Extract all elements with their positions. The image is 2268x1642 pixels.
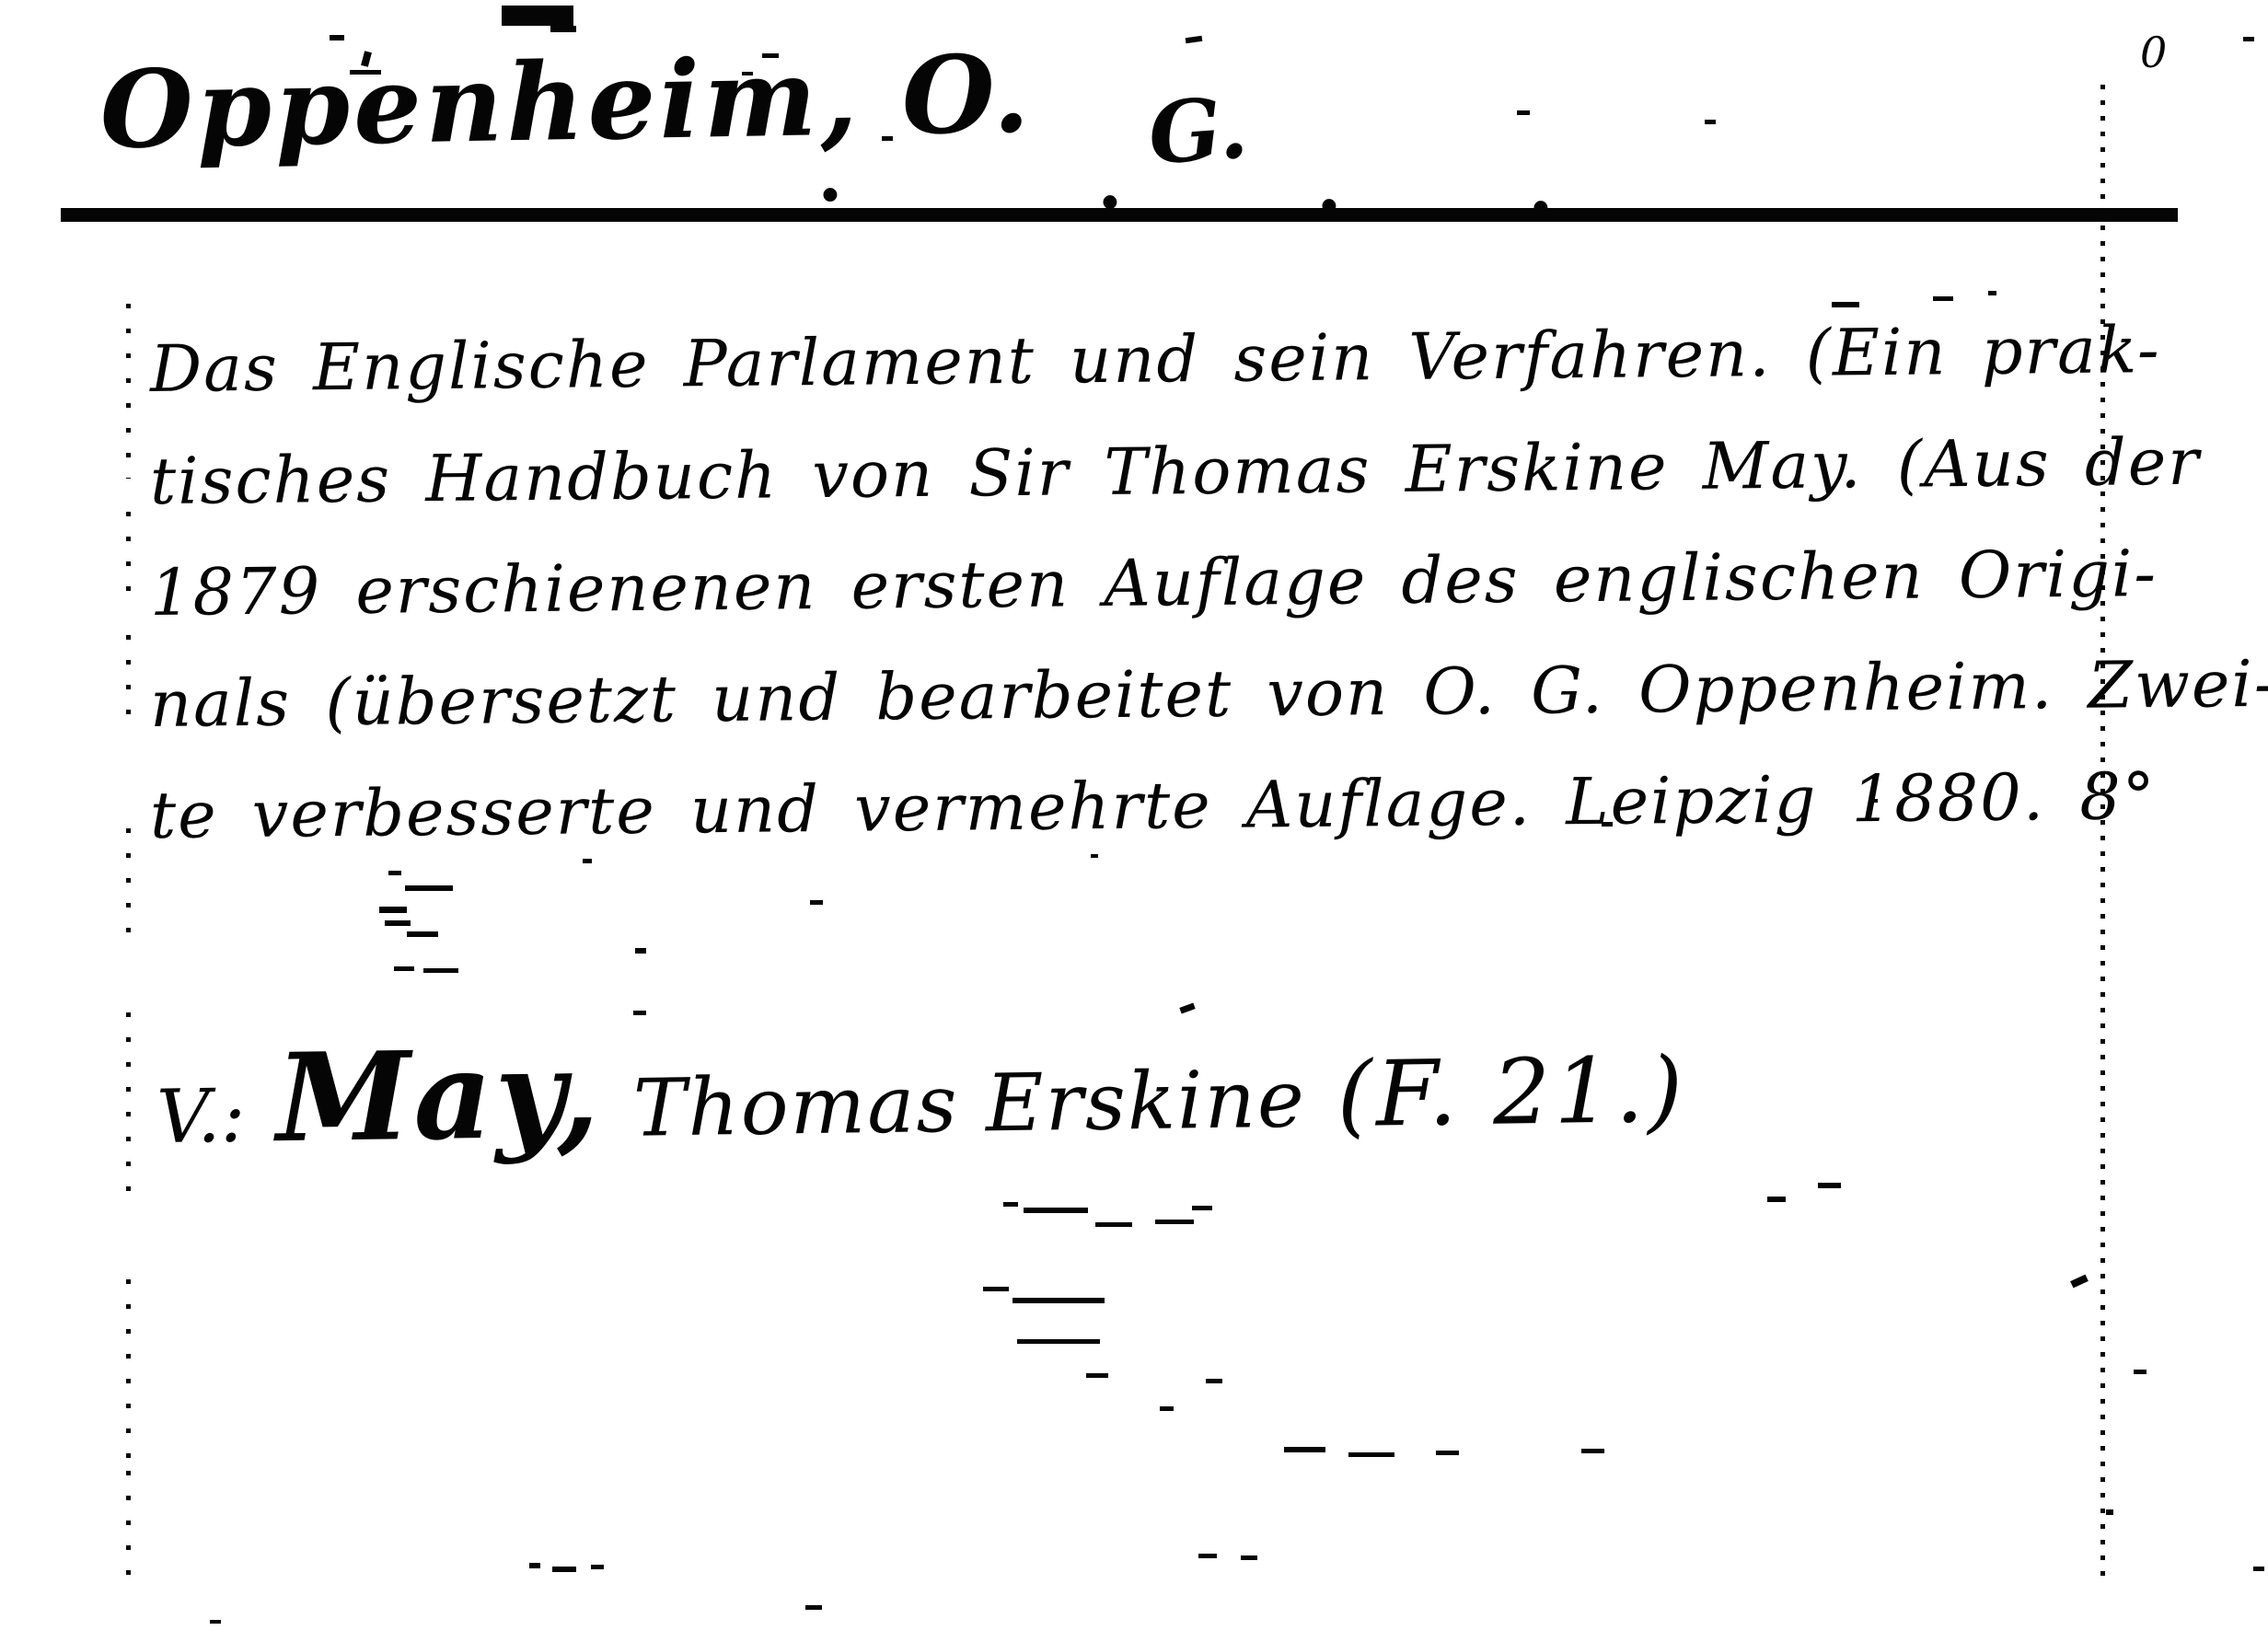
scan-noise-mark <box>1517 110 1530 115</box>
corner-mark: 0 <box>2140 28 2167 77</box>
scan-noise-mark <box>633 1011 646 1015</box>
entry-line: 1879 erschienenen ersten Auflage des eng… <box>150 536 2158 630</box>
scan-noise-mark <box>1160 1406 1174 1411</box>
scan-noise-mark <box>330 35 344 40</box>
reference-given-names: Thomas Erskine <box>632 1054 1306 1155</box>
heading-surname: Oppenheim, O. <box>99 31 1035 173</box>
scan-noise-mark <box>1086 1373 1108 1378</box>
left-dotted-edge <box>126 635 131 734</box>
scan-noise-mark <box>2253 1567 2264 1571</box>
scan-noise-mark <box>805 1605 822 1610</box>
scan-noise-mark <box>407 931 438 937</box>
scan-noise-mark <box>394 966 414 971</box>
scan-noise-mark <box>591 1565 604 1569</box>
scan-noise-mark <box>1284 1447 1325 1452</box>
reference-prefix: V.: <box>156 1073 246 1160</box>
scan-noise-mark <box>1192 1206 1212 1210</box>
cross-reference: V.: May, Thomas Erskine (F. 21.) <box>156 1008 1687 1172</box>
entry-line: te verbesserte und vermehrte Auflage. Le… <box>150 758 2158 853</box>
scan-noise-mark <box>1241 1555 1257 1560</box>
scan-noise-mark <box>1091 854 1098 858</box>
left-dotted-edge <box>126 512 131 596</box>
reference-shelfmark: (F. 21.) <box>1336 1038 1687 1148</box>
scan-noise-mark <box>1206 1379 1222 1383</box>
scan-noise-mark <box>1003 1202 1018 1207</box>
scan-noise-mark <box>1988 291 1996 295</box>
header-rule <box>61 208 2178 222</box>
scan-noise-mark <box>1012 1298 1105 1303</box>
entry-line: nals (übersetzt und bearbeitet von O. G.… <box>150 646 2268 742</box>
scan-noise-mark <box>2243 37 2254 41</box>
entry-line: Das Englische Parlament und sein Verfahr… <box>150 312 2161 407</box>
scan-noise-mark <box>1767 1197 1786 1202</box>
left-dotted-edge <box>126 828 131 937</box>
scan-noise-mark <box>1933 296 1953 301</box>
scan-noise-mark <box>388 871 401 875</box>
scan-noise-mark <box>1832 302 1859 307</box>
scan-noise-mark <box>1017 1339 1100 1344</box>
scan-noise-mark <box>983 1287 1009 1291</box>
entry-line: tisches Handbuch von Sir Thomas Erskine … <box>150 424 2201 519</box>
scan-noise-mark <box>810 900 823 905</box>
scan-noise-mark <box>2070 1275 2089 1289</box>
reference-surname: May, <box>275 1023 603 1170</box>
scan-noise-mark <box>405 885 453 891</box>
left-dotted-edge <box>126 304 131 479</box>
scan-noise-mark <box>1179 1002 1195 1013</box>
scan-noise-mark <box>529 1563 540 1568</box>
scan-noise-mark <box>550 26 576 32</box>
scan-noise-mark <box>1155 1220 1194 1224</box>
left-dotted-edge <box>126 1012 131 1201</box>
scan-noise-mark <box>1095 1222 1132 1227</box>
scan-noise-mark <box>1818 1183 1841 1188</box>
scan-noise-mark <box>583 859 592 863</box>
scan-noise-mark <box>552 1567 576 1572</box>
left-dotted-edge <box>126 1279 131 1463</box>
heading-section-letter: G. <box>1145 77 1251 183</box>
scan-noise-mark <box>1198 1554 1217 1558</box>
scan-noise-mark <box>1024 1208 1088 1213</box>
scan-noise-mark <box>2106 1509 2113 1515</box>
scan-noise-mark <box>2134 1370 2146 1374</box>
scan-noise-mark <box>423 968 458 973</box>
catalog-card-scan: Oppenheim, O. . . G. . . 0 Das Englische… <box>0 0 2268 1642</box>
scan-noise-mark <box>1186 36 1203 43</box>
scan-noise-mark <box>502 6 573 26</box>
scan-noise-mark <box>379 907 407 913</box>
scan-noise-mark <box>1705 120 1716 124</box>
scan-noise-mark <box>210 1620 221 1624</box>
scan-noise-mark <box>1436 1451 1459 1455</box>
scan-noise-mark <box>385 920 411 926</box>
scan-noise-mark <box>1581 1449 1604 1453</box>
scan-noise-mark <box>1348 1452 1394 1457</box>
header-guide-dot: . <box>817 138 843 212</box>
left-dotted-edge <box>126 1471 131 1581</box>
scan-noise-mark <box>635 948 646 954</box>
